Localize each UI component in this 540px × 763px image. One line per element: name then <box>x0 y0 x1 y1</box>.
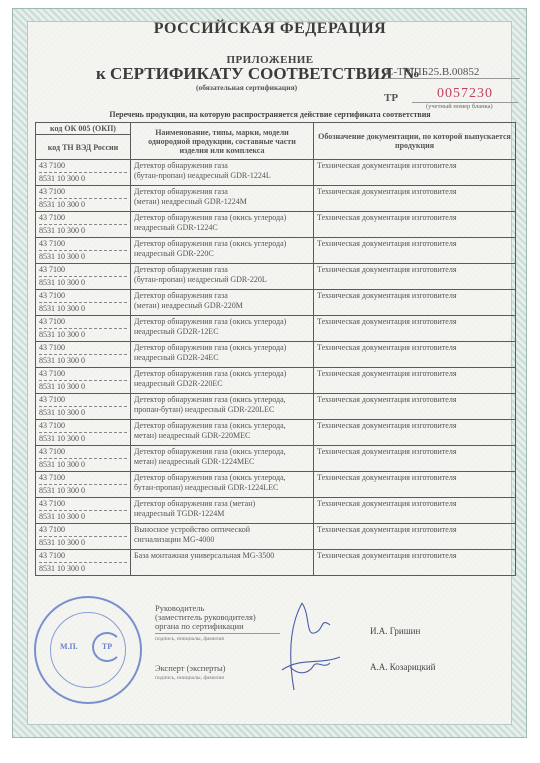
okp-code: 43 7100 <box>39 265 127 277</box>
product-documentation: Техническая документация изготовителя <box>314 472 516 498</box>
table-row: 43 71008531 10 300 0Детектор обнаружения… <box>36 290 516 316</box>
table-row: 43 71008531 10 300 0Детектор обнаружения… <box>36 368 516 394</box>
product-name: Детектор обнаружения газа (окись углерод… <box>131 316 314 342</box>
header-product-name: Наименование, типы, марки, модели одноро… <box>131 123 314 160</box>
product-name-line2: неадресный GD2R-12EC <box>134 327 310 337</box>
handwritten-signature-icon <box>280 595 360 715</box>
product-documentation: Техническая документация изготовителя <box>314 290 516 316</box>
tnved-code: 8531 10 300 0 <box>39 537 127 548</box>
product-name-line2: сигнализации MG-4000 <box>134 535 310 545</box>
tnved-code: 8531 10 300 0 <box>39 277 127 288</box>
product-name-line2: (метан) неадресный GDR-1224M <box>134 197 310 207</box>
certificate-title-text: к СЕРТИФИКАТУ СООТВЕТСТВИЯ <box>96 64 392 83</box>
tnved-code: 8531 10 300 0 <box>39 225 127 236</box>
official-stamp: М.П. ТР <box>34 596 142 704</box>
okp-code: 43 7100 <box>39 551 127 563</box>
product-name: Детектор обнаружения газа (окись углерод… <box>131 212 314 238</box>
table-row: 43 71008531 10 300 0Детектор обнаружения… <box>36 264 516 290</box>
table-row: 43 71008531 10 300 0Детектор обнаружения… <box>36 186 516 212</box>
expert-signature-block: Эксперт (эксперты) подпись, инициалы, фа… <box>155 663 226 681</box>
tnved-code: 8531 10 300 0 <box>39 381 127 392</box>
product-name-line2: неадресный GD2R-24EC <box>134 353 310 363</box>
product-name-line1: Детектор обнаружения газа (окись углерод… <box>134 239 310 249</box>
okp-code: 43 7100 <box>39 239 127 251</box>
certificate-number: С-TR.ПБ25.В.00852 <box>384 66 520 79</box>
product-documentation: Техническая документация изготовителя <box>314 212 516 238</box>
product-name-line2: неадресный GDR-1224C <box>134 223 310 233</box>
product-documentation: Техническая документация изготовителя <box>314 186 516 212</box>
table-row: 43 71008531 10 300 0Детектор обнаружения… <box>36 342 516 368</box>
product-name-line2: неадресный GD2R-220EC <box>134 379 310 389</box>
product-name-line1: Детектор обнаружения газа <box>134 291 310 301</box>
tnved-code: 8531 10 300 0 <box>39 433 127 444</box>
product-codes: 43 71008531 10 300 0 <box>36 368 131 394</box>
okp-code: 43 7100 <box>39 369 127 381</box>
product-name-line2: (метан) неадресный GDR-220M <box>134 301 310 311</box>
product-documentation: Техническая документация изготовителя <box>314 420 516 446</box>
product-name: Детектор обнаружения газа(бутан-пропан) … <box>131 264 314 290</box>
product-documentation: Техническая документация изготовителя <box>314 446 516 472</box>
certificate-title: к СЕРТИФИКАТУ СООТВЕТСТВИЯ № <box>96 64 420 84</box>
okp-code: 43 7100 <box>39 161 127 173</box>
okp-code: 43 7100 <box>39 473 127 485</box>
head-name: И.А. Гришин <box>370 626 420 636</box>
product-name: Детектор обнаружения газа (окись углерод… <box>131 342 314 368</box>
tnved-code: 8531 10 300 0 <box>39 459 127 470</box>
product-name: Детектор обнаружения газа(бутан-пропан) … <box>131 160 314 186</box>
product-name-line2: неадресный TGDR-1224M <box>134 509 310 519</box>
product-documentation: Техническая документация изготовителя <box>314 264 516 290</box>
product-name-line1: Детектор обнаружения газа (окись углерод… <box>134 369 310 379</box>
okp-code: 43 7100 <box>39 187 127 199</box>
product-name-line1: Детектор обнаружения газа <box>134 161 310 171</box>
okp-code: 43 7100 <box>39 499 127 511</box>
product-name: Выносное устройство оптическойсигнализац… <box>131 524 314 550</box>
product-documentation: Техническая документация изготовителя <box>314 498 516 524</box>
product-name-line2: метан) неадресный GDR-1224MEC <box>134 457 310 467</box>
country-title: РОССИЙСКАЯ ФЕДЕРАЦИЯ <box>0 20 540 38</box>
table-row: 43 71008531 10 300 0База монтажная униве… <box>36 550 516 576</box>
header-code-okp: код ОК 005 (ОКП) <box>36 123 131 135</box>
product-name-line2: (бутан-пропан) неадресный GDR-1224L <box>134 171 310 181</box>
product-name-line2: метан) неадресный GDR-220MEC <box>134 431 310 441</box>
product-codes: 43 71008531 10 300 0 <box>36 238 131 264</box>
product-name-line2: неадресный GDR-220C <box>134 249 310 259</box>
product-name: Детектор обнаружения газа (окись углерод… <box>131 394 314 420</box>
product-name: Детектор обнаружения газа(метан) неадрес… <box>131 186 314 212</box>
product-documentation: Техническая документация изготовителя <box>314 238 516 264</box>
product-name-line2: бутан-пропан) неадресный GDR-1224LEC <box>134 483 310 493</box>
tnved-code: 8531 10 300 0 <box>39 485 127 496</box>
okp-code: 43 7100 <box>39 317 127 329</box>
table-row: 43 71008531 10 300 0Детектор обнаружения… <box>36 316 516 342</box>
tnved-code: 8531 10 300 0 <box>39 329 127 340</box>
product-codes: 43 71008531 10 300 0 <box>36 446 131 472</box>
product-name-line1: Детектор обнаружения газа (метан) <box>134 499 310 509</box>
header-documentation: Обозначение документации, по которой вып… <box>314 123 516 160</box>
stamp-mp-label: М.П. <box>60 642 78 651</box>
product-name-line1: Детектор обнаружения газа (окись углерод… <box>134 447 310 457</box>
product-name: Детектор обнаружения газа (окись углерод… <box>131 472 314 498</box>
tnved-code: 8531 10 300 0 <box>39 251 127 262</box>
product-codes: 43 71008531 10 300 0 <box>36 472 131 498</box>
okp-code: 43 7100 <box>39 525 127 537</box>
product-name-line1: Детектор обнаружения газа (окись углерод… <box>134 213 310 223</box>
product-codes: 43 71008531 10 300 0 <box>36 212 131 238</box>
product-codes: 43 71008531 10 300 0 <box>36 394 131 420</box>
product-documentation: Техническая документация изготовителя <box>314 524 516 550</box>
table-row: 43 71008531 10 300 0Детектор обнаружения… <box>36 472 516 498</box>
expert-name: А.А. Козарицкий <box>370 662 436 672</box>
tnved-code: 8531 10 300 0 <box>39 407 127 418</box>
head-signature-block: Руководитель (заместитель руководителя) … <box>155 604 280 644</box>
tp-label: ТР <box>384 92 398 104</box>
product-name: Детектор обнаружения газа(метан) неадрес… <box>131 290 314 316</box>
product-documentation: Техническая документация изготовителя <box>314 160 516 186</box>
okp-code: 43 7100 <box>39 343 127 355</box>
okp-code: 43 7100 <box>39 213 127 225</box>
okp-code: 43 7100 <box>39 447 127 459</box>
blank-number-caption: (учетный номер бланка) <box>426 103 493 110</box>
product-name-line1: Детектор обнаружения газа (окись углерод… <box>134 421 310 431</box>
product-documentation: Техническая документация изготовителя <box>314 342 516 368</box>
tnved-code: 8531 10 300 0 <box>39 173 127 184</box>
table-row: 43 71008531 10 300 0Детектор обнаружения… <box>36 160 516 186</box>
product-codes: 43 71008531 10 300 0 <box>36 160 131 186</box>
product-name-line1: Детектор обнаружения газа (окись углерод… <box>134 395 310 405</box>
tnved-code: 8531 10 300 0 <box>39 303 127 314</box>
product-name: Детектор обнаружения газа (окись углерод… <box>131 368 314 394</box>
table-row: 43 71008531 10 300 0Детектор обнаружения… <box>36 212 516 238</box>
okp-code: 43 7100 <box>39 421 127 433</box>
product-codes: 43 71008531 10 300 0 <box>36 550 131 576</box>
product-codes: 43 71008531 10 300 0 <box>36 498 131 524</box>
product-documentation: Техническая документация изготовителя <box>314 368 516 394</box>
head-signature-caption: подпись, инициалы, фамилия <box>155 633 280 644</box>
product-name-line1: Детектор обнаружения газа <box>134 265 310 275</box>
product-list-caption: Перечень продукции, на которую распростр… <box>0 110 540 119</box>
head-title-line3: органа по сертификации <box>155 622 280 631</box>
product-name-line2: (бутан-пропан) неадресный GDR-220L <box>134 275 310 285</box>
expert-label: Эксперт (эксперты) <box>155 663 226 673</box>
certification-type: (обязательная сертификация) <box>196 83 297 92</box>
product-name-line2: пропан-бутан) неадресный GDR-220LEC <box>134 405 310 415</box>
expert-signature-caption: подпись, инициалы, фамилия <box>155 675 226 681</box>
table-row: 43 71008531 10 300 0Детектор обнаружения… <box>36 420 516 446</box>
product-name: Детектор обнаружения газа (окись углерод… <box>131 446 314 472</box>
product-documentation: Техническая документация изготовителя <box>314 394 516 420</box>
product-name: Детектор обнаружения газа (окись углерод… <box>131 238 314 264</box>
okp-code: 43 7100 <box>39 395 127 407</box>
product-name: Детектор обнаружения газа (метан)неадрес… <box>131 498 314 524</box>
table-row: 43 71008531 10 300 0Детектор обнаружения… <box>36 498 516 524</box>
tnved-code: 8531 10 300 0 <box>39 199 127 210</box>
table-row: 43 71008531 10 300 0Выносное устройство … <box>36 524 516 550</box>
product-codes: 43 71008531 10 300 0 <box>36 186 131 212</box>
products-table: код ОК 005 (ОКП) Наименование, типы, мар… <box>35 122 516 576</box>
product-documentation: Техническая документация изготовителя <box>314 316 516 342</box>
products-table-body: 43 71008531 10 300 0Детектор обнаружения… <box>36 160 516 576</box>
tnved-code: 8531 10 300 0 <box>39 355 127 366</box>
okp-code: 43 7100 <box>39 291 127 303</box>
table-row: 43 71008531 10 300 0Детектор обнаружения… <box>36 446 516 472</box>
product-name-line1: Детектор обнаружения газа (окись углерод… <box>134 473 310 483</box>
product-name-line1: База монтажная универсальная MG-3500 <box>134 551 310 561</box>
product-codes: 43 71008531 10 300 0 <box>36 290 131 316</box>
blank-number: 0057230 <box>412 86 518 103</box>
product-codes: 43 71008531 10 300 0 <box>36 342 131 368</box>
product-documentation: Техническая документация изготовителя <box>314 550 516 576</box>
product-codes: 43 71008531 10 300 0 <box>36 420 131 446</box>
product-codes: 43 71008531 10 300 0 <box>36 264 131 290</box>
header-code-tnved: код ТН ВЭД России <box>36 135 131 160</box>
product-name-line1: Выносное устройство оптической <box>134 525 310 535</box>
product-codes: 43 71008531 10 300 0 <box>36 524 131 550</box>
certification-logo-icon: ТР <box>92 632 122 662</box>
tnved-code: 8531 10 300 0 <box>39 563 127 574</box>
table-row: 43 71008531 10 300 0Детектор обнаружения… <box>36 238 516 264</box>
product-name-line1: Детектор обнаружения газа (окись углерод… <box>134 317 310 327</box>
table-row: 43 71008531 10 300 0Детектор обнаружения… <box>36 394 516 420</box>
product-name: Детектор обнаружения газа (окись углерод… <box>131 420 314 446</box>
product-name-line1: Детектор обнаружения газа (окись углерод… <box>134 343 310 353</box>
product-name: База монтажная универсальная MG-3500 <box>131 550 314 576</box>
product-name-line1: Детектор обнаружения газа <box>134 187 310 197</box>
product-codes: 43 71008531 10 300 0 <box>36 316 131 342</box>
tnved-code: 8531 10 300 0 <box>39 511 127 522</box>
